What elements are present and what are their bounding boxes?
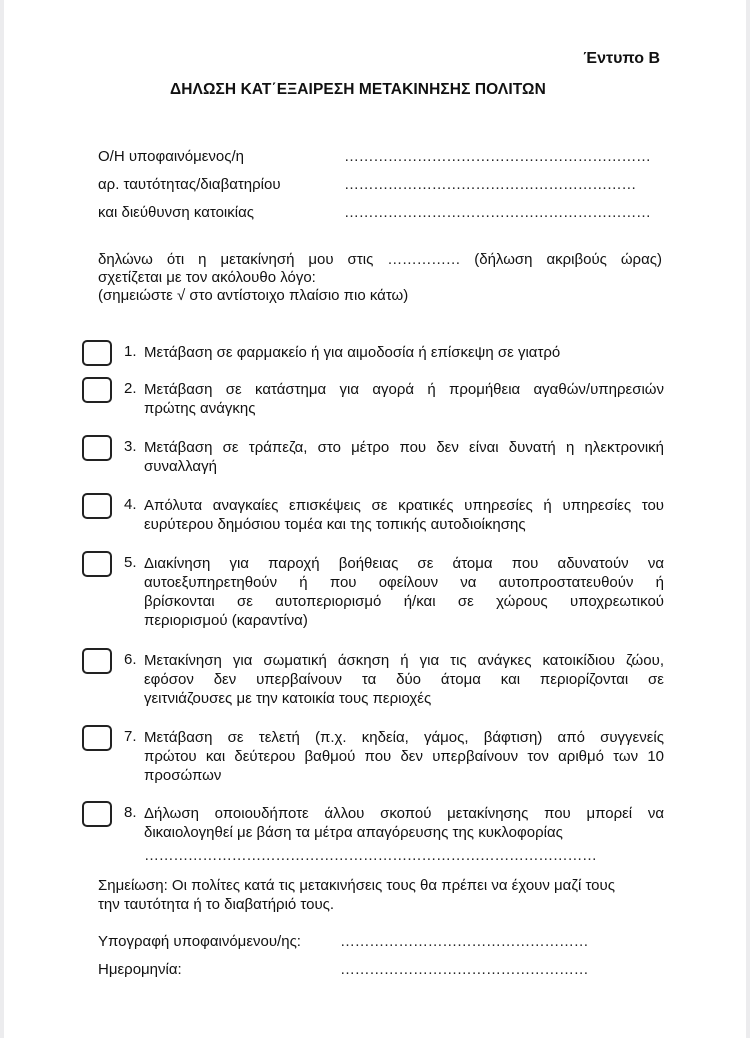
reason-checkbox-1[interactable] bbox=[82, 340, 112, 366]
document-page: Έντυπο Β ΔΗΛΩΣΗ ΚΑΤ΄ΕΞΑΙΡΕΣΗ ΜΕΤΑΚΙΝΗΣΗΣ… bbox=[4, 0, 746, 1038]
reason-checkbox-3[interactable] bbox=[82, 435, 112, 461]
declaration-line-1: δηλώνω ότι η μετακίνησή μου στις …………… (… bbox=[98, 251, 662, 269]
reason-checkbox-5[interactable] bbox=[82, 551, 112, 577]
declaration-line-3: (σημειώστε √ στο αντίστοιχο πλαίσιο πιο … bbox=[98, 287, 662, 305]
reason-checkbox-7[interactable] bbox=[82, 725, 112, 751]
id-number-field[interactable]: αρ. ταυτότητας/διαβατηρίου……………………………………… bbox=[98, 176, 636, 193]
field-label: και διεύθυνση κατοικίας bbox=[98, 204, 344, 221]
field-blank[interactable]: …………………………………………………… bbox=[344, 176, 636, 193]
other-reason-blank[interactable]: ………………………………………………………………………………… bbox=[144, 846, 664, 865]
signature-blank[interactable]: …………………………………………… bbox=[340, 933, 588, 950]
reason-checkbox-6[interactable] bbox=[82, 648, 112, 674]
declarant-name-field[interactable]: Ο/Η υποφαινόμενος/η……………………………………………………… bbox=[98, 148, 651, 165]
reason-checkbox-2[interactable] bbox=[82, 377, 112, 403]
declaration-line-2: σχετίζεται με τον ακόλουθο λόγο: bbox=[98, 269, 662, 287]
reason-checkbox-4[interactable] bbox=[82, 493, 112, 519]
signature-label: Υπογραφή υποφαινόμενου/ης: bbox=[98, 933, 340, 950]
field-label: Ο/Η υποφαινόμενος/η bbox=[98, 148, 344, 165]
signature-field[interactable]: Υπογραφή υποφαινόμενου/ης:……………………………………… bbox=[98, 933, 588, 950]
declaration-paragraph: δηλώνω ότι η μετακίνησή μου στις …………… (… bbox=[98, 251, 662, 305]
date-field[interactable]: Ημερομηνία:…………………………………………… bbox=[98, 961, 588, 978]
document-title: ΔΗΛΩΣΗ ΚΑΤ΄ΕΞΑΙΡΕΣΗ ΜΕΤΑΚΙΝΗΣΗΣ ΠΟΛΙΤΩΝ bbox=[170, 81, 546, 99]
field-blank[interactable]: ……………………………………………………… bbox=[344, 204, 651, 221]
field-label: αρ. ταυτότητας/διαβατηρίου bbox=[98, 176, 344, 193]
note-paragraph: Σημείωση: Οι πολίτες κατά τις μετακινήσε… bbox=[98, 876, 664, 914]
address-field[interactable]: και διεύθυνση κατοικίας……………………………………………… bbox=[98, 204, 651, 221]
time-blank[interactable]: …………… bbox=[387, 251, 460, 268]
reason-checkbox-8[interactable] bbox=[82, 801, 112, 827]
field-blank[interactable]: ……………………………………………………… bbox=[344, 148, 651, 165]
form-code: Έντυπο Β bbox=[583, 50, 660, 68]
date-blank[interactable]: …………………………………………… bbox=[340, 961, 588, 978]
date-label: Ημερομηνία: bbox=[98, 961, 340, 978]
